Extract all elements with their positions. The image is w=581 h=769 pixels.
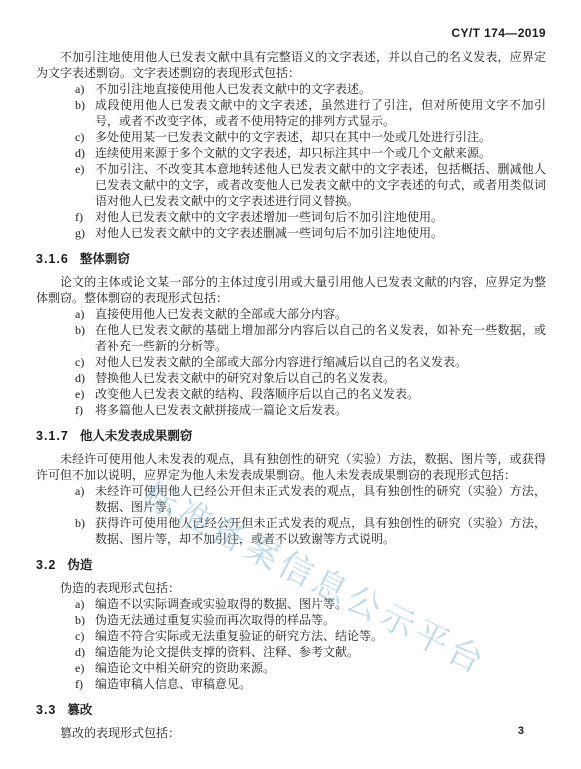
list-item: d) 连续使用来源于多个文献的文字表述，却只标注其中一个或几个文献来源。	[36, 145, 546, 161]
paragraph: 伪造的表现形式包括：	[36, 580, 546, 596]
lettered-list: a) 不加引注地直接使用他人已发表文献中的文字表述。 b) 成段使用他人已发表文…	[36, 81, 546, 241]
list-item: b) 获得许可使用他人已经公开但未正式发表的观点，具有独创性的研究（实验）方法，…	[36, 515, 546, 547]
section-title: 篡改	[67, 700, 92, 718]
item-label: c)	[75, 354, 95, 370]
list-item: b) 在他人已发表文献的基础上增加部分内容后以自己的名义发表，如补充一些数据，或…	[36, 322, 546, 354]
list-item: c) 多处使用某一已发表文献中的文字表述，却只在其中一处或几处进行引注。	[36, 129, 546, 145]
section-title: 他人未发表成果剽窃	[80, 426, 193, 444]
item-label: b)	[75, 97, 95, 129]
item-label: d)	[75, 644, 95, 660]
list-item: c) 对他人已发表文献的全部或大部分内容进行缩减后以自己的名义发表。	[36, 354, 546, 370]
document-page: CY/T 174—2019 不加引注地使用他人已发表文献中具有完整语义的文字表述…	[0, 0, 581, 769]
list-item: a) 不加引注地直接使用他人已发表文献中的文字表述。	[36, 81, 546, 97]
item-label: a)	[75, 483, 95, 515]
standard-code-header: CY/T 174—2019	[36, 26, 546, 40]
item-text: 编造论文中相关研究的资助来源。	[95, 660, 546, 676]
item-label: d)	[75, 370, 95, 386]
paragraph: 论文的主体或论文某一部分的主体过度引用或大量引用他人已发表文献的内容，应界定为整…	[36, 274, 546, 306]
section-heading-3-1-7: 3.1.7 他人未发表成果剽窃	[36, 426, 546, 444]
item-label: b)	[75, 322, 95, 354]
item-text: 对他人已发表文献的全部或大部分内容进行缩减后以自己的名义发表。	[95, 354, 546, 370]
item-label: c)	[75, 129, 95, 145]
item-text: 编造不符合实际或无法重复验证的研究方法、结论等。	[95, 628, 546, 644]
page-content: 不加引注地使用他人已发表文献中具有完整语义的文字表述，并以自己的名义发表，应界定…	[36, 49, 546, 741]
item-label: a)	[75, 306, 95, 322]
section-heading-3-3: 3.3 篡改	[36, 700, 546, 718]
item-label: d)	[75, 145, 95, 161]
item-text: 对他人已发表文献中的文字表述删减一些词句后不加引注地使用。	[95, 225, 546, 241]
item-text: 不加引注、不改变其本意地转述他人已发表文献中的文字表述，包括概括、删减他人已发表…	[95, 161, 546, 209]
list-item: e) 不加引注、不改变其本意地转述他人已发表文献中的文字表述，包括概括、删减他人…	[36, 161, 546, 209]
item-label: f)	[75, 209, 95, 225]
list-item: f) 对他人已发表文献中的文字表述增加一些词句后不加引注地使用。	[36, 209, 546, 225]
section-heading-3-2: 3.2 伪造	[36, 555, 546, 573]
item-text: 成段使用他人已发表文献中的文字表述，虽然进行了引注，但对所使用文字不加引号，或者…	[95, 97, 546, 129]
item-text: 不加引注地直接使用他人已发表文献中的文字表述。	[95, 81, 546, 97]
item-text: 改变他人已发表文献的结构、段落顺序后以自己的名义发表。	[95, 386, 546, 402]
item-label: b)	[75, 612, 95, 628]
item-label: e)	[75, 161, 95, 209]
list-item: b) 成段使用他人已发表文献中的文字表述，虽然进行了引注，但对所使用文字不加引号…	[36, 97, 546, 129]
list-item: d) 替换他人已发表文献中的研究对象后以自己的名义发表。	[36, 370, 546, 386]
list-item: d) 编造能为论文提供支撑的资料、注释、参考文献。	[36, 644, 546, 660]
item-label: c)	[75, 628, 95, 644]
paragraph: 不加引注地使用他人已发表文献中具有完整语义的文字表述，并以自己的名义发表，应界定…	[36, 49, 546, 81]
item-text: 未经许可使用他人已经公开但未正式发表的观点，具有独创性的研究（实验）方法，数据、…	[95, 483, 546, 515]
item-label: a)	[75, 596, 95, 612]
lettered-list: a) 直接使用他人已发表文献的全部或大部分内容。 b) 在他人已发表文献的基础上…	[36, 306, 546, 418]
paragraph: 篡改的表现形式包括：	[36, 725, 546, 741]
item-label: b)	[75, 515, 95, 547]
list-item: e) 改变他人已发表文献的结构、段落顺序后以自己的名义发表。	[36, 386, 546, 402]
item-text: 连续使用来源于多个文献的文字表述，却只标注其中一个或几个文献来源。	[95, 145, 546, 161]
item-text: 直接使用他人已发表文献的全部或大部分内容。	[95, 306, 546, 322]
list-item: c) 编造不符合实际或无法重复验证的研究方法、结论等。	[36, 628, 546, 644]
item-label: f)	[75, 676, 95, 692]
list-item: a) 直接使用他人已发表文献的全部或大部分内容。	[36, 306, 546, 322]
list-item: a) 未经许可使用他人已经公开但未正式发表的观点，具有独创性的研究（实验）方法，…	[36, 483, 546, 515]
list-item: f) 将多篇他人已发表文献拼接成一篇论文后发表。	[36, 402, 546, 418]
item-text: 伪造无法通过重复实验而再次取得的样品等。	[95, 612, 546, 628]
item-label: f)	[75, 402, 95, 418]
item-label: g)	[75, 225, 95, 241]
page-number: 3	[518, 725, 524, 737]
item-text: 替换他人已发表文献中的研究对象后以自己的名义发表。	[95, 370, 546, 386]
item-text: 将多篇他人已发表文献拼接成一篇论文后发表。	[95, 402, 546, 418]
lettered-list: a) 未经许可使用他人已经公开但未正式发表的观点，具有独创性的研究（实验）方法，…	[36, 483, 546, 547]
section-heading-3-1-6: 3.1.6 整体剽窃	[36, 249, 546, 267]
item-label: e)	[75, 386, 95, 402]
list-item: g) 对他人已发表文献中的文字表述删减一些词句后不加引注地使用。	[36, 225, 546, 241]
list-item: e) 编造论文中相关研究的资助来源。	[36, 660, 546, 676]
item-text: 编造审稿人信息、审稿意见。	[95, 676, 546, 692]
list-item: b) 伪造无法通过重复实验而再次取得的样品等。	[36, 612, 546, 628]
list-item: f) 编造审稿人信息、审稿意见。	[36, 676, 546, 692]
section-title: 整体剽窃	[80, 249, 130, 267]
item-label: a)	[75, 81, 95, 97]
lettered-list: a) 编造不以实际调查或实验取得的数据、图片等。 b) 伪造无法通过重复实验而再…	[36, 596, 546, 692]
section-number: 3.1.7	[36, 429, 69, 443]
section-title: 伪造	[67, 555, 92, 573]
item-text: 编造不以实际调查或实验取得的数据、图片等。	[95, 596, 546, 612]
section-number: 3.2	[36, 558, 56, 572]
item-text: 多处使用某一已发表文献中的文字表述，却只在其中一处或几处进行引注。	[95, 129, 546, 145]
item-text: 编造能为论文提供支撑的资料、注释、参考文献。	[95, 644, 546, 660]
item-text: 对他人已发表文献中的文字表述增加一些词句后不加引注地使用。	[95, 209, 546, 225]
section-number: 3.1.6	[36, 252, 69, 266]
paragraph: 未经许可使用他人未发表的观点，具有独创性的研究（实验）方法，数据、图片等，或获得…	[36, 451, 546, 483]
item-text: 在他人已发表文献的基础上增加部分内容后以自己的名义发表，如补充一些数据，或者补充…	[95, 322, 546, 354]
item-label: e)	[75, 660, 95, 676]
section-number: 3.3	[36, 703, 56, 717]
list-item: a) 编造不以实际调查或实验取得的数据、图片等。	[36, 596, 546, 612]
item-text: 获得许可使用他人已经公开但未正式发表的观点，具有独创性的研究（实验）方法，数据、…	[95, 515, 546, 547]
